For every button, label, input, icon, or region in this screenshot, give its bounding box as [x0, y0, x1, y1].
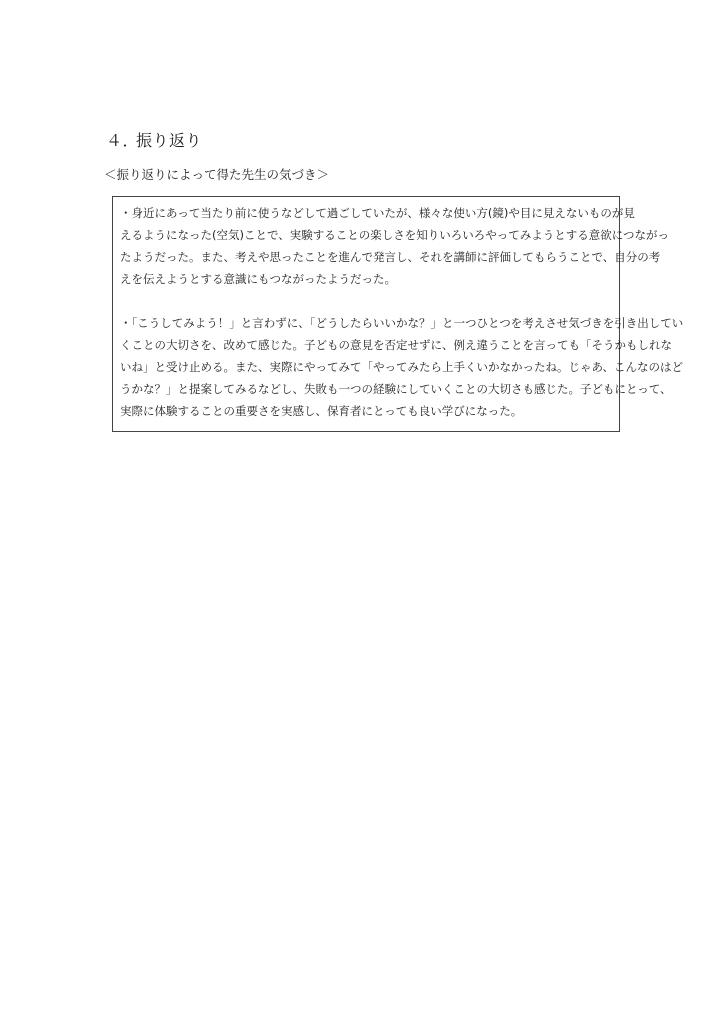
section-number: ４．: [106, 131, 136, 151]
text-line: うかな？」と提案してみるなどし、失敗も一つの経験にしていくことの大切さも感じた。…: [120, 378, 616, 400]
subsection-heading: ＜振り返りによって得た先生の気づき＞: [104, 167, 329, 183]
text-line: くことの大切さを、改めて感じた。子どもの意見を否定せずに、例え違うことを言っても…: [120, 334, 616, 356]
text-line: えるようになった(空気)ことで、実験することの楽しさを知りいろいろやってみようと…: [120, 224, 616, 246]
text-line: ・「こうしてみよう！」と言わずに、「どうしたらいいかな？」と一つひとつを考えさせ…: [120, 312, 616, 334]
section-title: 振り返り: [136, 131, 202, 150]
reflection-box: ・身近にあって当たり前に使うなどして過ごしていたが、様々な使い方(鏡)や目に見え…: [112, 196, 620, 432]
section-heading: ４．振り返り: [106, 131, 202, 151]
text-line: たようだった。また、考えや思ったことを進んで発言し、それを講師に評価してもらうこ…: [120, 246, 616, 268]
text-line: いね」と受け止める。また、実際にやってみて「やってみたら上手くいかなかったね。じ…: [120, 356, 616, 378]
text-line: ・身近にあって当たり前に使うなどして過ごしていたが、様々な使い方(鏡)や目に見え…: [120, 202, 616, 224]
text-line: 実際に体験することの重要さを実感し、保育者にとっても良い学びになった。: [120, 400, 616, 422]
reflection-paragraph-1: ・身近にあって当たり前に使うなどして過ごしていたが、様々な使い方(鏡)や目に見え…: [120, 202, 616, 290]
text-line: えを伝えようとする意識にもつながったようだった。: [120, 268, 616, 290]
reflection-paragraph-2: ・「こうしてみよう！」と言わずに、「どうしたらいいかな？」と一つひとつを考えさせ…: [120, 312, 616, 422]
